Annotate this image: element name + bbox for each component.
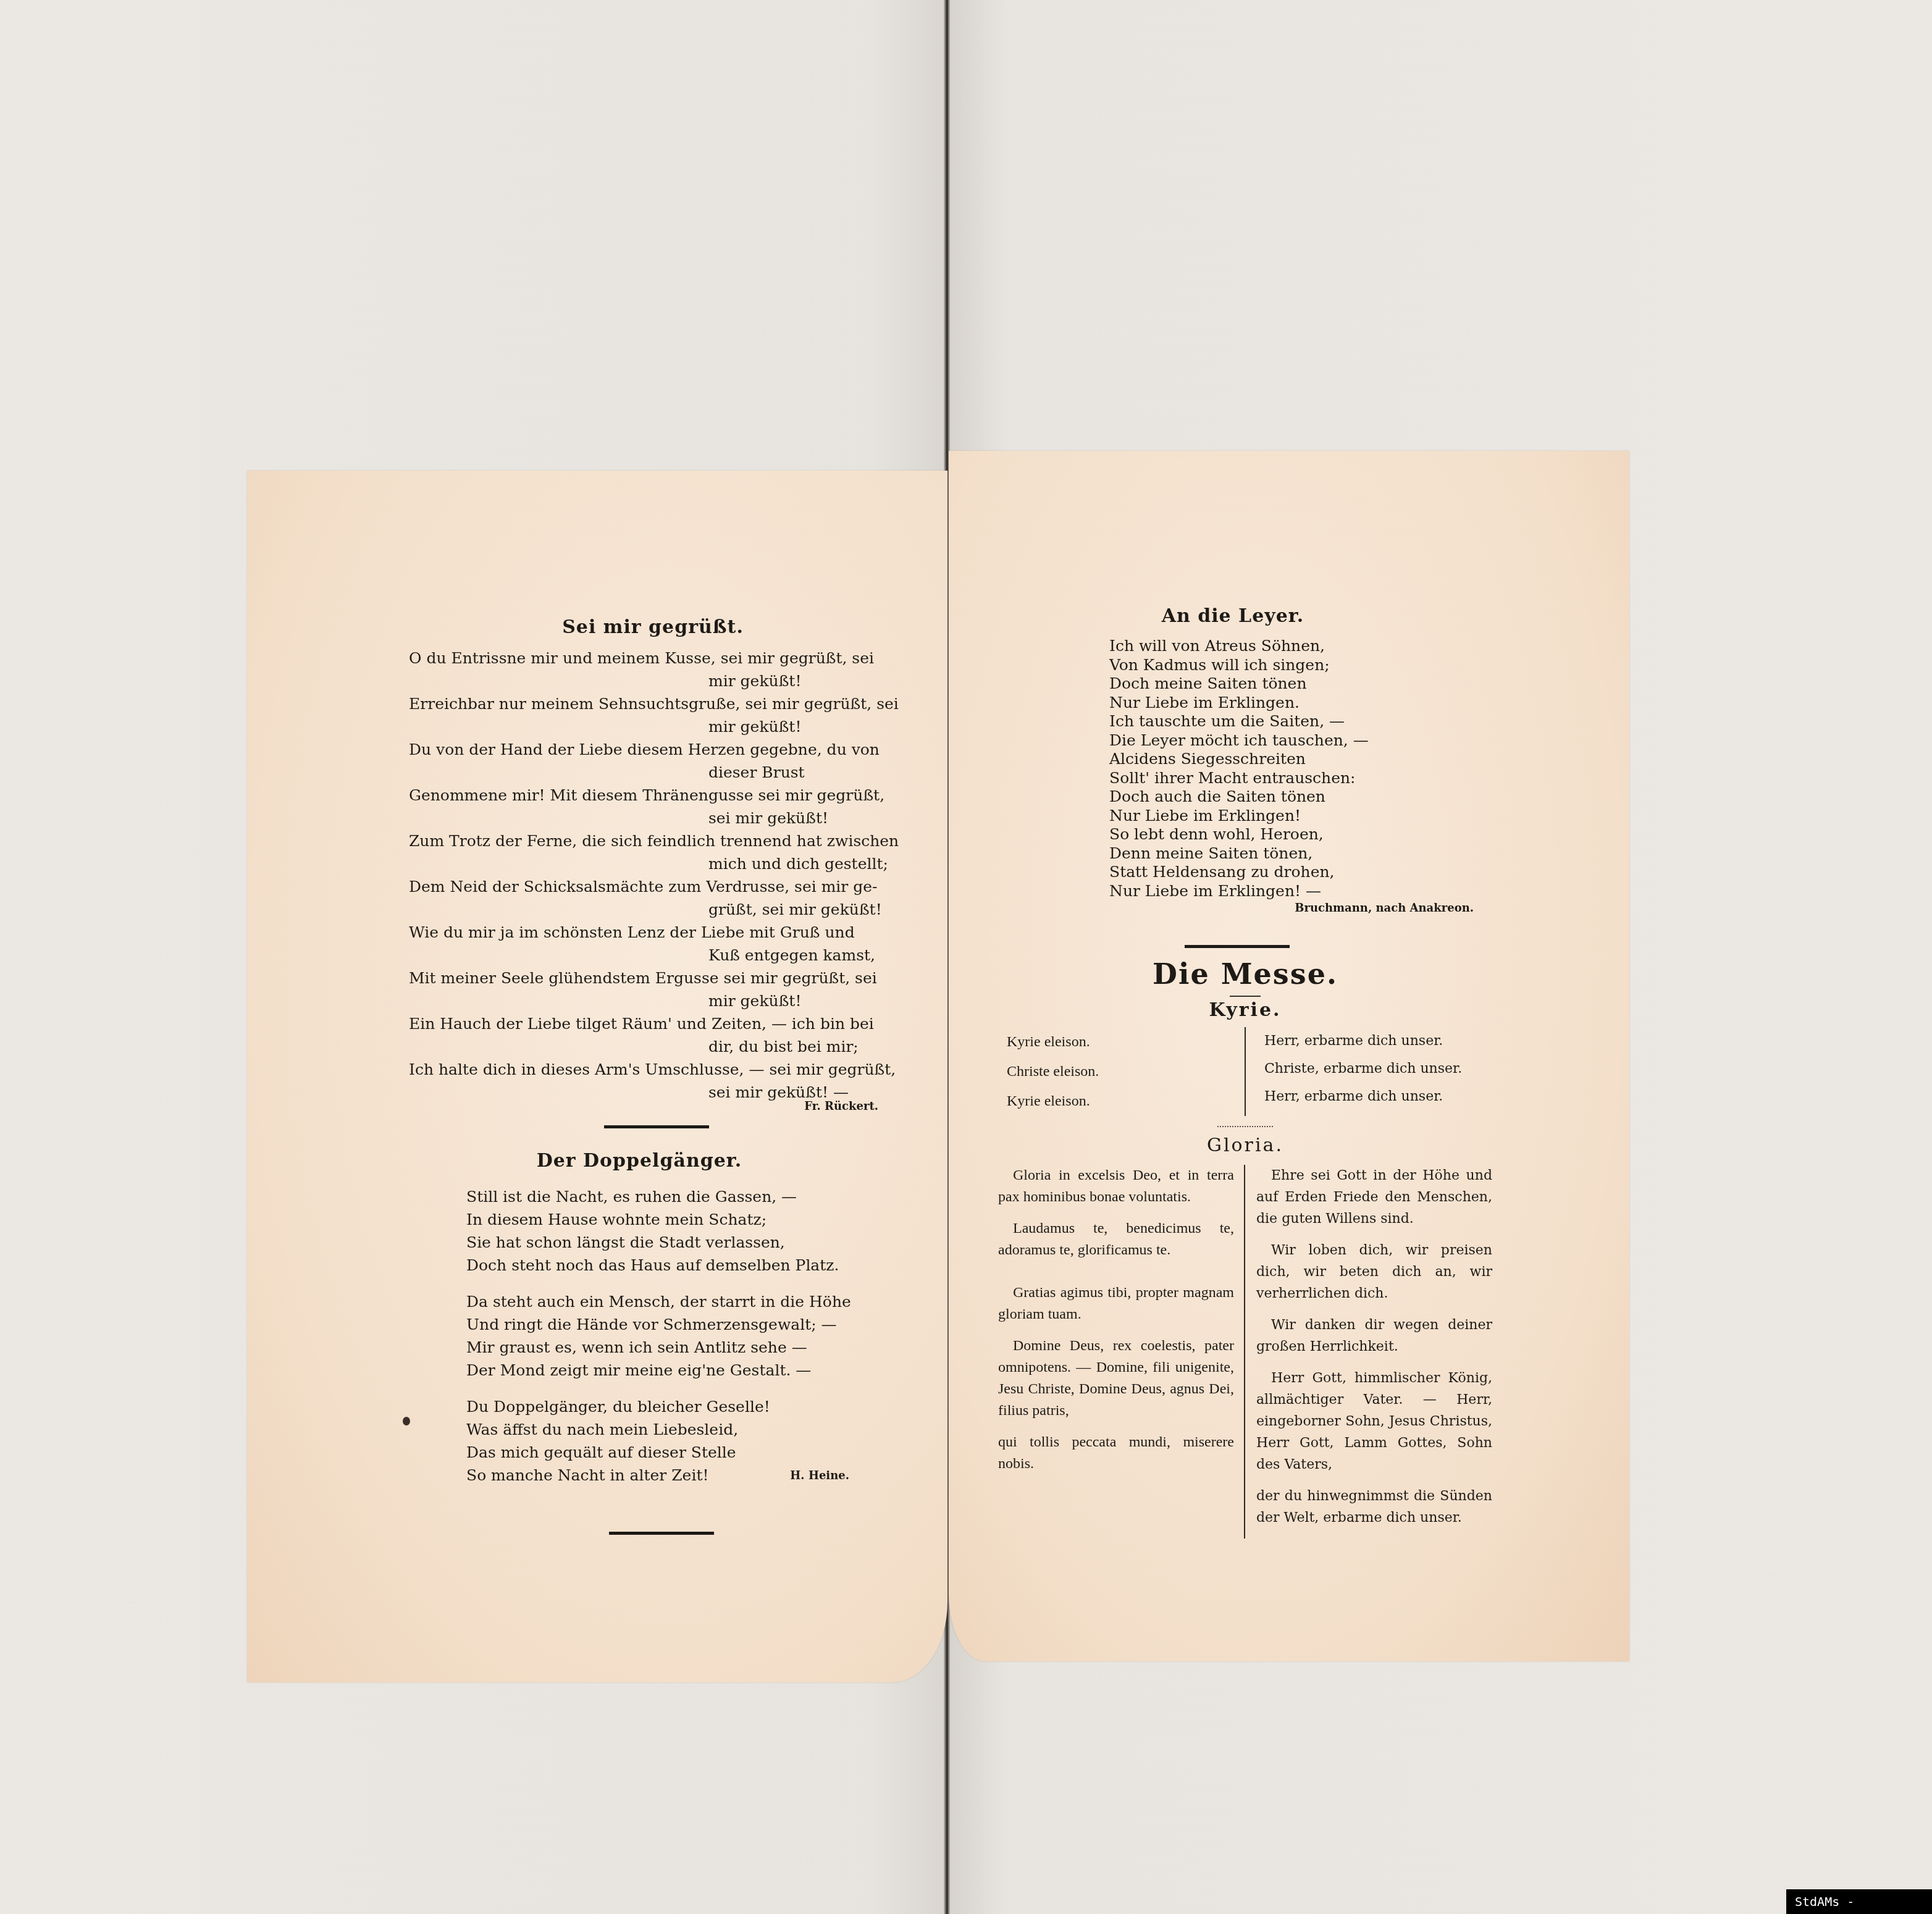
verse-line: Da steht auch ein Mensch, der starrt in … [466, 1290, 862, 1313]
verse-line: Nur Liebe im Erklingen! [1109, 807, 1455, 826]
verse-line: Ich tauschte um die Saiten, — [1109, 712, 1455, 731]
german-line: Herr, erbarme dich unser. [1264, 1027, 1492, 1055]
verse-line: So lebt denn wohl, Heroen, [1109, 825, 1455, 844]
gloria-parallel-text: Gloria in excelsis Deo, et in terra pax … [998, 1165, 1492, 1538]
verse-continuation: grüßt, sei mir geküßt! [409, 898, 897, 921]
verse-continuation: mir geküßt! [409, 669, 897, 692]
gloria-german-column: Ehre sei Gott in der Höhe und auf Erden … [1245, 1165, 1492, 1538]
german-line: Christe, erbarme dich unser. [1264, 1055, 1492, 1083]
poem-title: Der Doppelgänger. [466, 1150, 812, 1172]
latin-paragraph: Domine Deus, rex coelestis, pater omnipo… [998, 1335, 1234, 1422]
latin-line: Christe eleison. [1007, 1057, 1235, 1086]
verse-line: Sie hat schon längst die Stadt verlassen… [466, 1231, 862, 1254]
verse-line: Nur Liebe im Erklingen! — [1109, 882, 1455, 901]
verse-line: Sollt' ihrer Macht entrauschen: [1109, 769, 1455, 788]
stanza: Still ist die Nacht, es ruhen die Gassen… [466, 1185, 862, 1277]
archive-label: StdAMs - MV_004_487 [1786, 1889, 1932, 1914]
verse-line: Doch meine Saiten tönen [1109, 674, 1455, 694]
gloria-title: Gloria. [998, 1135, 1492, 1156]
verse-continuation: mich und dich gestellt; [409, 852, 897, 875]
stanza: Da steht auch ein Mensch, der starrt in … [466, 1290, 862, 1382]
right-page: An die Leyer. Ich will von Atreus Söhnen… [949, 451, 1629, 1661]
verse-line: Statt Heldensang zu drohen, [1109, 863, 1455, 882]
verse-line: Der Mond zeigt mir meine eig'ne Gestalt.… [466, 1359, 862, 1382]
verse-line: O du Entrissne mir und meinem Kusse, sei… [409, 647, 897, 669]
verse-line: Alcidens Siegesschreiten [1109, 750, 1455, 769]
german-paragraph: Wir loben dich, wir preisen dich, wir be… [1256, 1240, 1492, 1304]
verse-continuation: Kuß entgegen kamst, [409, 944, 897, 967]
verse-line: Denn meine Saiten tönen, [1109, 844, 1455, 863]
german-paragraph: Wir danken dir wegen deiner großen Herrl… [1256, 1314, 1492, 1358]
short-divider [1230, 996, 1261, 997]
german-paragraph: Ehre sei Gott in der Höhe und auf Erden … [1256, 1165, 1492, 1230]
section-divider [609, 1532, 714, 1535]
verse-line: Doch auch die Saiten tönen [1109, 787, 1455, 807]
latin-line: Kyrie eleison. [1007, 1086, 1235, 1116]
kyrie-title: Kyrie. [998, 999, 1492, 1021]
kyrie-german-column: Herr, erbarme dich unser. Christe, erbar… [1246, 1027, 1492, 1116]
poem-an-die-leyer: An die Leyer. Ich will von Atreus Söhnen… [1109, 605, 1455, 915]
left-page: Sei mir gegrüßt. O du Entrissne mir und … [247, 471, 947, 1682]
verse-line: Das mich gequält auf dieser Stelle [466, 1441, 862, 1464]
verse-line: Nur Liebe im Erklingen. [1109, 694, 1455, 713]
german-line: Herr, erbarme dich unser. [1264, 1083, 1492, 1110]
section-divider [1185, 945, 1290, 948]
ornamental-divider [1217, 1122, 1273, 1127]
poem-der-doppelgaenger: Der Doppelgänger. Still ist die Nacht, e… [466, 1150, 862, 1482]
verse-line: Ein Hauch der Liebe tilget Räum' und Zei… [409, 1012, 897, 1035]
poem-sei-mir-gegruesst: Sei mir gegrüßt. O du Entrissne mir und … [409, 616, 897, 1113]
verse-line: Doch steht noch das Haus auf demselben P… [466, 1254, 862, 1277]
verse-continuation: dir, du bist bei mir; [409, 1035, 897, 1058]
verse-line: Du Doppelgänger, du bleicher Geselle! [466, 1395, 862, 1418]
german-paragraph: Herr Gott, himmlischer König, allmächtig… [1256, 1367, 1492, 1475]
verse-line: Die Leyer möcht ich tauschen, — [1109, 731, 1455, 750]
latin-paragraph: qui tollis peccata mundi, miserere nobis… [998, 1432, 1234, 1475]
verse-line: In diesem Hause wohnte mein Schatz; [466, 1208, 862, 1231]
kyrie-parallel-text: Kyrie eleison. Christe eleison. Kyrie el… [998, 1027, 1492, 1116]
latin-paragraph: Gratias agimus tibi, propter magnam glor… [998, 1282, 1234, 1325]
mass-section: Die Messe. Kyrie. Kyrie eleison. Christe… [998, 957, 1492, 1538]
poem-title: Sei mir gegrüßt. [409, 616, 897, 638]
verse-line: Ich will von Atreus Söhnen, [1109, 637, 1455, 656]
latin-paragraph: Laudamus te, benedicimus te, adoramus te… [998, 1218, 1234, 1261]
verse-line: Still ist die Nacht, es ruhen die Gassen… [466, 1185, 862, 1208]
verse-line: Dem Neid der Schicksalsmächte zum Verdru… [409, 875, 897, 898]
section-divider [604, 1125, 709, 1128]
poem-body: Ich will von Atreus Söhnen, Von Kadmus w… [1109, 637, 1455, 900]
kyrie-latin-column: Kyrie eleison. Christe eleison. Kyrie el… [998, 1027, 1245, 1116]
verse-line: Genommene mir! Mit diesem Thränengusse s… [409, 784, 897, 807]
verse-line: Mir graust es, wenn ich sein Antlitz seh… [466, 1336, 862, 1359]
verse-continuation: dieser Brust [409, 761, 897, 784]
gloria-latin-column: Gloria in excelsis Deo, et in terra pax … [998, 1165, 1244, 1538]
verse-line: Wie du mir ja im schönsten Lenz der Lieb… [409, 921, 897, 944]
verse-line: Von Kadmus will ich singen; [1109, 656, 1455, 675]
german-paragraph: der du hinwegnimmst die Sünden der Welt,… [1256, 1485, 1492, 1529]
latin-line: Kyrie eleison. [1007, 1027, 1235, 1057]
paper-blemish [403, 1417, 410, 1425]
verse-line: Erreichbar nur meinem Sehnsuchtsgruße, s… [409, 692, 897, 715]
latin-paragraph: Gloria in excelsis Deo, et in terra pax … [998, 1165, 1234, 1208]
poem-title: An die Leyer. [1010, 605, 1455, 627]
verse-line: Ich halte dich in dieses Arm's Umschluss… [409, 1058, 897, 1081]
verse-line: Du von der Hand der Liebe diesem Herzen … [409, 738, 897, 761]
verse-line: Zum Trotz der Ferne, die sich feindlich … [409, 829, 897, 852]
verse-line: Was äffst du nach mein Liebesleid, [466, 1418, 862, 1441]
poem-body: O du Entrissne mir und meinem Kusse, sei… [409, 647, 897, 1104]
verse-line: Mit meiner Seele glühendstem Ergusse sei… [409, 967, 897, 989]
verse-line: Und ringt die Hände vor Schmerzensgewalt… [466, 1313, 862, 1336]
verse-continuation: sei mir geküßt! [409, 807, 897, 829]
poem-author: Bruchmann, nach Anakreon. [1109, 902, 1474, 915]
mass-title: Die Messe. [998, 957, 1492, 991]
verse-continuation: mir geküßt! [409, 715, 897, 738]
verse-continuation: mir geküßt! [409, 989, 897, 1012]
poem-author: Fr. Rückert. [409, 1100, 878, 1113]
